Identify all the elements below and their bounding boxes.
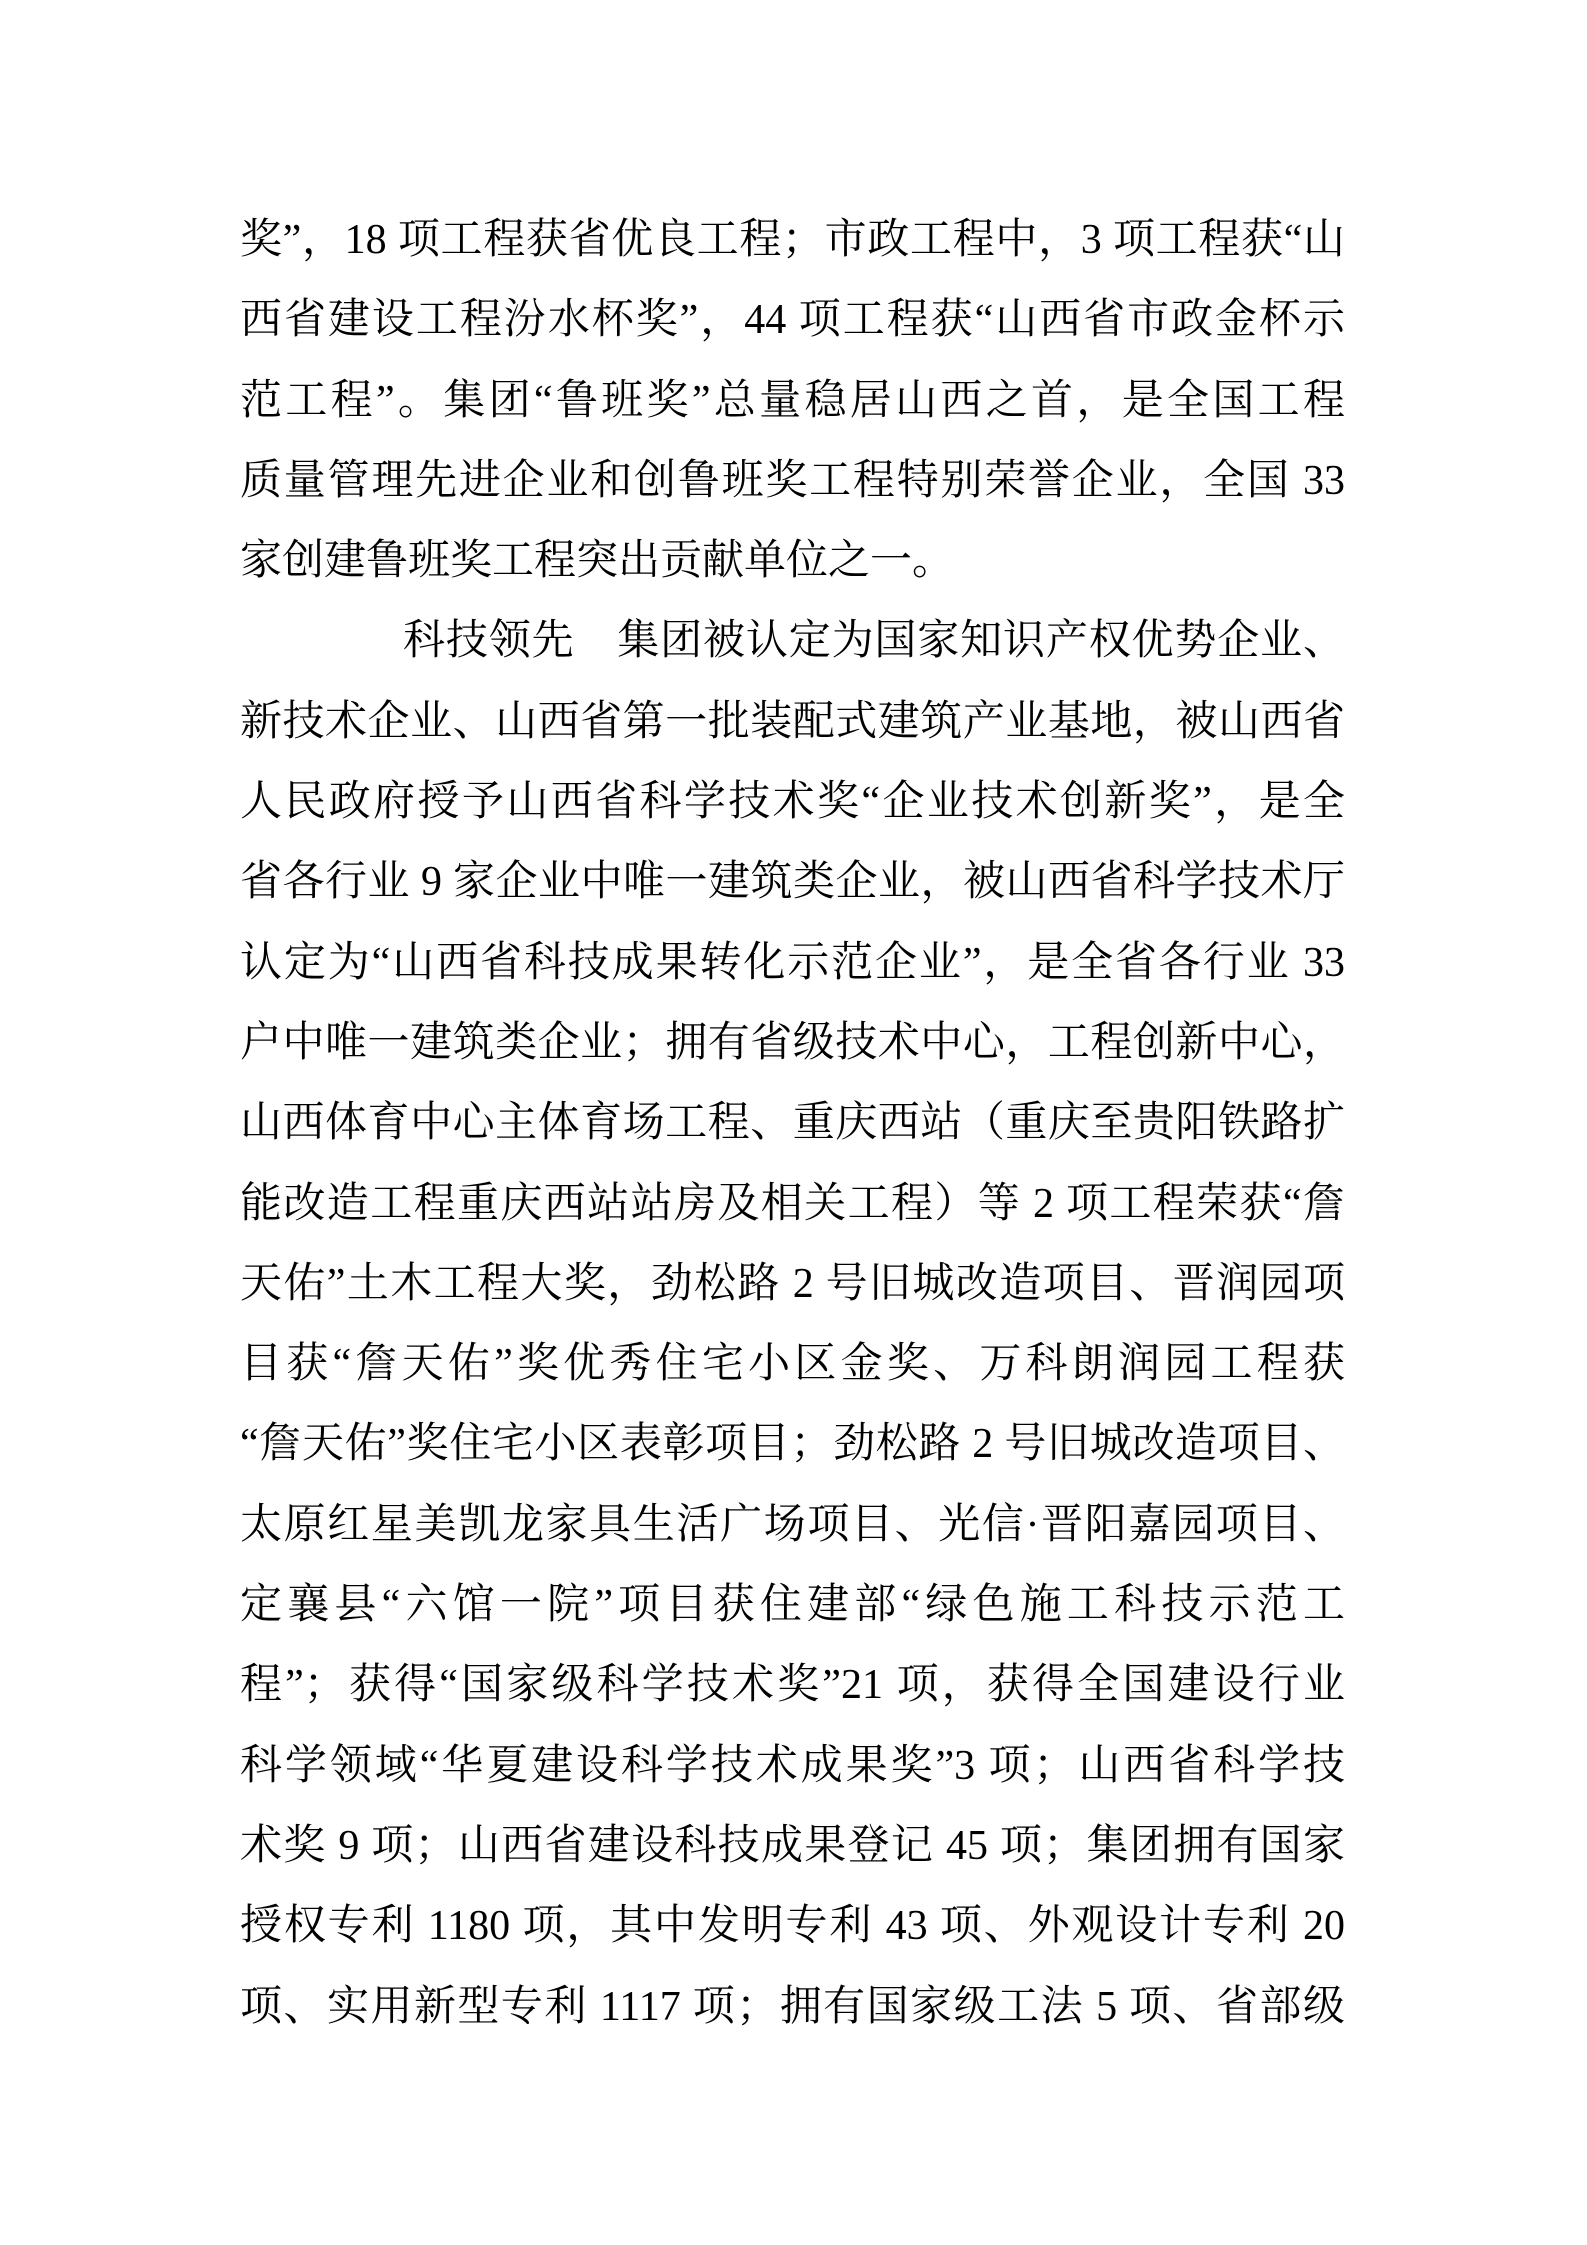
text-line: 太原红星美凯龙家具生活广场项目、光信·晋阳嘉园项目、 — [240, 1485, 1345, 1565]
text-line: 科学领域“华夏建设科学技术成果奖”3 项；山西省科学技 — [240, 1726, 1345, 1806]
text-line: 定襄县“六馆一院”项目获住建部“绿色施工科技示范工 — [240, 1565, 1345, 1645]
text-line: 人民政府授予山西省科学技术奖“企业技术创新奖”，是全 — [240, 762, 1345, 842]
text-line: 省各行业 9 家企业中唯一建筑类企业，被山西省科学技术厅 — [240, 842, 1345, 922]
text-line: 天佑”土木工程大奖，劲松路 2 号旧城改造项目、晋润园项 — [240, 1244, 1345, 1324]
text-line: 户中唯一建筑类企业；拥有省级技术中心，工程创新中心， — [240, 1003, 1345, 1083]
text-line: 项、实用新型专利 1117 项；拥有国家级工法 5 项、省部级 — [240, 1967, 1345, 2047]
text-line: “詹天佑”奖住宅小区表彰项目；劲松路 2 号旧城改造项目、 — [240, 1404, 1345, 1484]
text-line-paragraph-end: 家创建鲁班奖工程突出贡献单位之一。 — [240, 521, 1345, 601]
text-line: 山西体育中心主体育场工程、重庆西站（重庆至贵阳铁路扩 — [240, 1083, 1345, 1163]
text-line: 授权专利 1180 项，其中发明专利 43 项、外观设计专利 20 — [240, 1886, 1345, 1966]
document-text-block: 奖”，18 项工程获省优良工程；市政工程中，3 项工程获“山 西省建设工程汾水杯… — [240, 200, 1345, 2047]
text-line: 目获“詹天佑”奖优秀住宅小区金奖、万科朗润园工程获 — [240, 1324, 1345, 1404]
text-line: 西省建设工程汾水杯奖”，44 项工程获“山西省市政金杯示 — [240, 280, 1345, 360]
text-line: 术奖 9 项；山西省建设科技成果登记 45 项；集团拥有国家 — [240, 1806, 1345, 1886]
text-line: 范工程”。集团“鲁班奖”总量稳居山西之首，是全国工程 — [240, 361, 1345, 441]
text-line: 能改造工程重庆西站站房及相关工程）等 2 项工程荣获“詹 — [240, 1164, 1345, 1244]
document-page: 奖”，18 项工程获省优良工程；市政工程中，3 项工程获“山 西省建设工程汾水杯… — [0, 0, 1587, 2245]
text-line-paragraph-start: 科技领先 集团被认定为国家知识产权优势企业、高 — [240, 601, 1345, 681]
text-line: 质量管理先进企业和创鲁班奖工程特别荣誉企业，全国 33 — [240, 441, 1345, 521]
text-line: 奖”，18 项工程获省优良工程；市政工程中，3 项工程获“山 — [240, 200, 1345, 280]
text-line: 认定为“山西省科技成果转化示范企业”，是全省各行业 33 — [240, 923, 1345, 1003]
text-line: 新技术企业、山西省第一批装配式建筑产业基地，被山西省 — [240, 682, 1345, 762]
text-line: 程”；获得“国家级科学技术奖”21 项，获得全国建设行业 — [240, 1645, 1345, 1725]
